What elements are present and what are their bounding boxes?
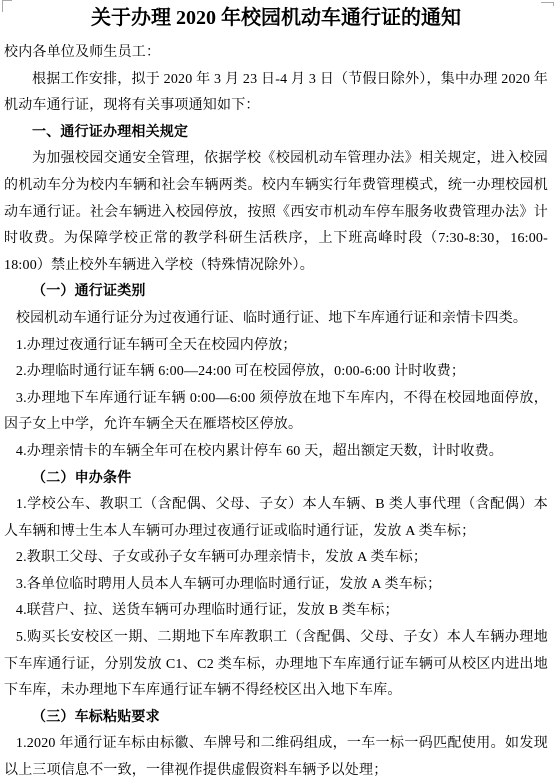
list-item-1-1: 1.办理过夜通行证车辆可全天在校园内停放；: [4, 333, 548, 360]
list-item-2-1: 1.学校公车、教职工（含配偶、父母、子女）本人车辆、B 类人事代理（含配偶）本人…: [4, 492, 548, 545]
list-item-1-2: 2.办理临时通行证车辆 6:00—24:00 可在校园停放，0:00-6:00 …: [4, 359, 548, 386]
list-item-1-4: 4.办理亲情卡的车辆全年可在校内累计停车 60 天，超出额定天数，计时收费。: [4, 439, 548, 466]
list-item-1-3: 3.办理地下车库通行证车辆 0:00—6:00 须停放在地下车库内，不得在校园地…: [4, 386, 548, 439]
list-item-3-1: 1.2020 年通行证车标由标徽、车牌号和二维码组成，一车一标一码匹配使用。如发…: [4, 731, 548, 783]
subsection-3-heading: （三）车标粘贴要求: [4, 705, 548, 732]
list-item-2-5: 5.购买长安校区一期、二期地下车库教职工（含配偶、父母、子女）本人车辆办理地下车…: [4, 625, 548, 705]
list-item-2-4: 4.联营户、拉、送货车辆可办理临时通行证，发放 B 类车标；: [4, 598, 548, 625]
document-title: 关于办理 2020 年校园机动车通行证的通知: [4, 5, 548, 32]
section-1-heading: 一、通行证办理相关规定: [4, 120, 548, 147]
subsection-1-heading: （一）通行证类别: [4, 279, 548, 306]
intro-paragraph: 根据工作安排，拟于 2020 年 3 月 23 日-4 月 3 日（节假日除外）…: [4, 67, 548, 120]
list-item-2-2: 2.教职工父母、子女或孙子女车辆可办理亲情卡，发放 A 类车标；: [4, 545, 548, 572]
salutation: 校内各单位及师生员工：: [4, 40, 548, 67]
page-corner-mark-top-left-vertical: [2, 0, 3, 12]
subsection-1-intro: 校园机动车通行证分为过夜通行证、临时通行证、地下车库通行证和亲情卡四类。: [4, 306, 548, 333]
subsection-2-heading: （二）申办条件: [4, 466, 548, 493]
page-corner-mark-top-left: [2, 0, 12, 1]
document-page: 关于办理 2020 年校园机动车通行证的通知 校内各单位及师生员工： 根据工作安…: [0, 5, 554, 783]
list-item-2-3: 3.各单位临时聘用人员本人车辆可办理临时通行证，发放 A 类车标；: [4, 572, 548, 599]
document-title-text: 关于办理 2020 年校园机动车通行证的通知: [91, 7, 461, 29]
section-1-paragraph: 为加强校园交通安全管理，依据学校《校园机动车管理办法》相关规定，进入校园的机动车…: [4, 146, 548, 279]
